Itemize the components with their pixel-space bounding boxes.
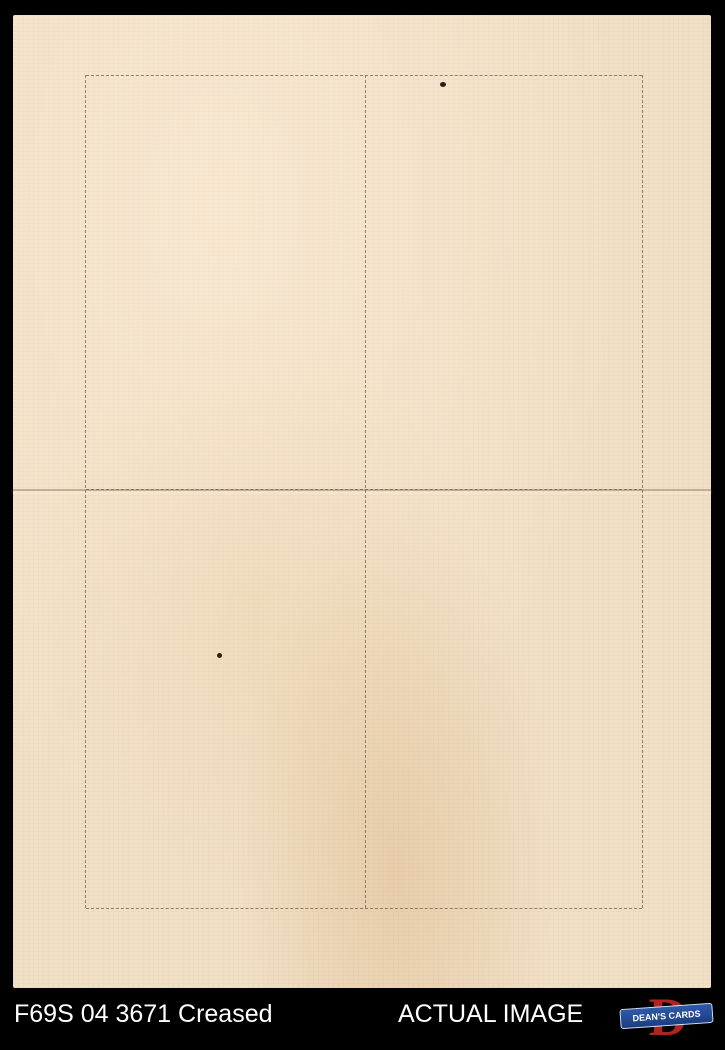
actual-image-caption: ACTUAL IMAGE — [398, 1000, 583, 1029]
ink-spot — [217, 653, 222, 658]
dashed-line-top — [86, 75, 642, 76]
card-back — [13, 15, 711, 988]
caption-bar: F69S 04 3671 Creased ACTUAL IMAGE D DEAN… — [0, 988, 725, 1050]
dashed-line-center-vertical — [365, 75, 366, 908]
dashed-line-right — [642, 75, 643, 908]
deans-cards-logo: D DEAN'S CARDS — [618, 992, 713, 1042]
ink-spot — [440, 82, 446, 87]
logo-ribbon: DEAN'S CARDS — [619, 1003, 713, 1029]
dashed-line-left — [85, 75, 86, 908]
dashed-line-center-horizontal — [86, 489, 642, 490]
card-id-caption: F69S 04 3671 Creased — [14, 1000, 273, 1029]
dashed-line-bottom — [86, 908, 642, 909]
